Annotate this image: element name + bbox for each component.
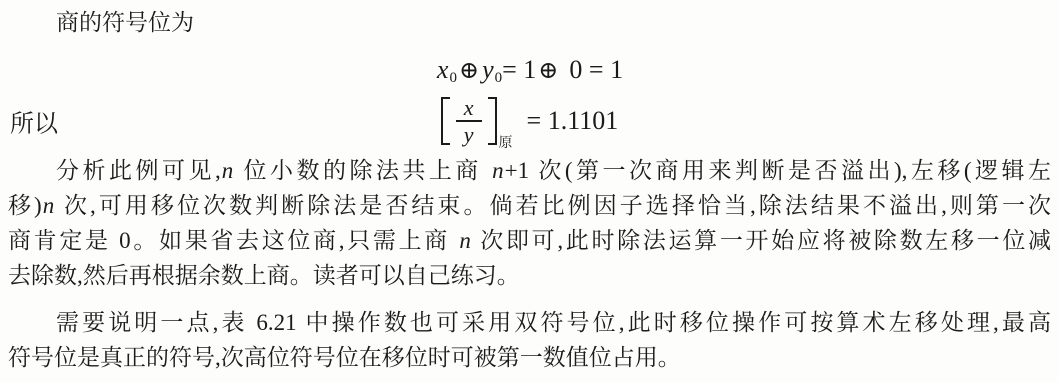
paragraph-line: 符号位是真正的符号,次高位符号位在移位时可被第一数值位占用。: [8, 340, 1051, 375]
paragraph-line: 移)n 次,可用移位次数判断除法是否结束。倘若比例因子选择恰当,除法结果不溢出,…: [8, 188, 1051, 223]
left-bracket-icon: [441, 97, 450, 145]
therefore-label: 所以: [10, 104, 58, 139]
paragraph-line: 去除数,然后再根据余数上商。读者可以自己练习。: [8, 258, 1051, 293]
xor-operator-icon: ⊕: [536, 56, 560, 85]
paragraph-analysis: 分析此例可见,n 位小数的除法共上商 n+1 次(第一次商用来判断是否溢出),左…: [8, 153, 1051, 293]
paragraph-line: 需要说明一点,表 6.21 中操作数也可采用双符号位,此时移位操作可按算术左移处…: [8, 305, 1051, 340]
book-page: 商的符号位为 x0⊕y0 = 1⊕0 = 1 所以 x y 原 = 1.1101…: [0, 0, 1059, 382]
equals-one: = 1: [502, 55, 536, 85]
xor-operator-icon: ⊕: [457, 56, 481, 85]
sign-formula: x0⊕y0 = 1⊕0 = 1: [436, 55, 623, 85]
var-x: x: [436, 55, 450, 85]
result-formula: x y 原 = 1.1101: [441, 96, 618, 146]
paragraph-line: 商肯定是 0。如果省去这位商,只需上商 n 次即可,此时除法运算一开始应将被除数…: [8, 223, 1051, 258]
intro-line: 商的符号位为: [8, 6, 1051, 40]
right-bracket-icon: [488, 97, 497, 145]
true-form-subscript: 原: [499, 132, 513, 152]
subscript-y0: 0: [495, 71, 503, 86]
fraction-numerator: x: [456, 96, 482, 122]
subscript-x0: 0: [449, 71, 457, 86]
result-value: = 1.1101: [527, 106, 619, 136]
result-formula-row: 所以 x y 原 = 1.1101: [8, 90, 1051, 152]
paragraph-note: 需要说明一点,表 6.21 中操作数也可采用双符号位,此时移位操作可按算术左移处…: [8, 305, 1051, 375]
fraction: x y: [456, 96, 482, 146]
var-y: y: [481, 55, 495, 85]
paragraph-line: 分析此例可见,n 位小数的除法共上商 n+1 次(第一次商用来判断是否溢出),左…: [8, 153, 1051, 188]
fraction-denominator: y: [456, 122, 482, 146]
formula-sign-line: x0⊕y0 = 1⊕0 = 1: [8, 52, 1051, 88]
formula-tail: 0 = 1: [569, 55, 623, 85]
